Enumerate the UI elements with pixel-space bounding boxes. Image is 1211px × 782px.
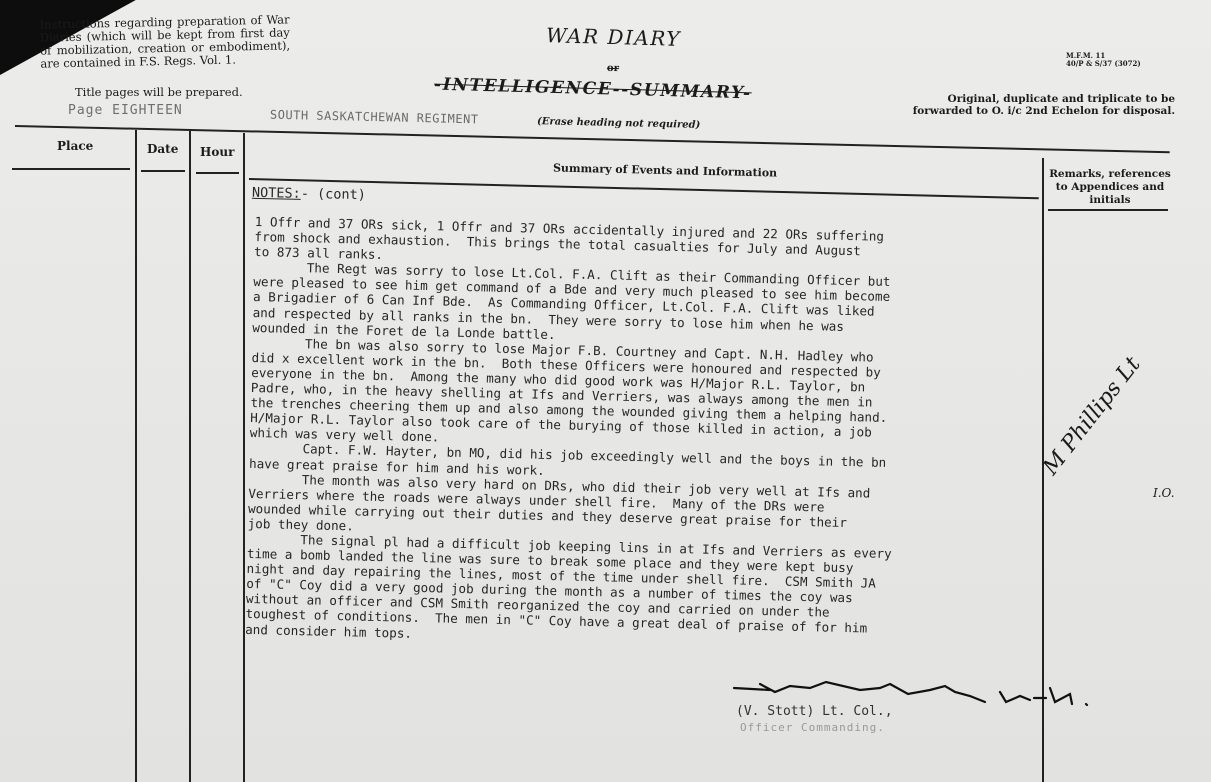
form-or: or <box>607 63 619 74</box>
forwarding-note: Original, duplicate and triplicate to be… <box>910 93 1175 117</box>
hour-header-rule <box>196 172 239 174</box>
remarks-role: I.O. <box>1153 486 1175 500</box>
date-column-divider <box>189 131 191 782</box>
title-pages-note: Title pages will be prepared. <box>75 85 243 99</box>
place-column-divider <box>135 130 137 782</box>
summary-header: Summary of Events and Information <box>553 161 777 179</box>
date-header: Date <box>147 142 178 156</box>
remarks-header-rule <box>1048 209 1168 211</box>
form-number: M.F.M. 11 40/P & S/37 (3072) <box>1066 52 1141 68</box>
erase-note: (Erase heading not required) <box>537 116 701 131</box>
place-header: Place <box>57 139 93 153</box>
notes-suffix: - (cont) <box>301 186 366 203</box>
war-diary-page: Instructions regarding preparation of Wa… <box>0 0 1211 782</box>
signatory-role: Officer Commanding. <box>740 721 885 734</box>
summary-body: 1 Offr and 37 ORs sick, 1 Offr and 37 OR… <box>245 214 1035 655</box>
page-number: Page EIGHTEEN <box>68 103 183 118</box>
form-number-line2: 40/P & S/37 (3072) <box>1066 60 1141 68</box>
remarks-header: Remarks, references to Appendices and in… <box>1048 168 1172 207</box>
summary-header-rule <box>249 178 1039 199</box>
place-header-rule <box>12 168 130 170</box>
hour-column-divider <box>243 133 245 782</box>
form-subtitle: -INTELLIGENCE--SUMMARY- <box>434 75 752 104</box>
date-header-rule <box>141 170 185 172</box>
notes-heading: NOTES:- (cont) <box>252 185 366 203</box>
form-title: WAR DIARY <box>546 23 682 51</box>
notes-label: NOTES: <box>252 185 301 202</box>
remarks-initials: M Phillips Lt <box>1038 352 1145 480</box>
signatory-name: (V. Stott) Lt. Col., <box>736 704 893 719</box>
unit-name: SOUTH SASKATCHEWAN REGIMENT <box>270 108 479 127</box>
hour-header: Hour <box>200 145 234 159</box>
form-instructions: Instructions regarding preparation of Wa… <box>39 13 290 70</box>
